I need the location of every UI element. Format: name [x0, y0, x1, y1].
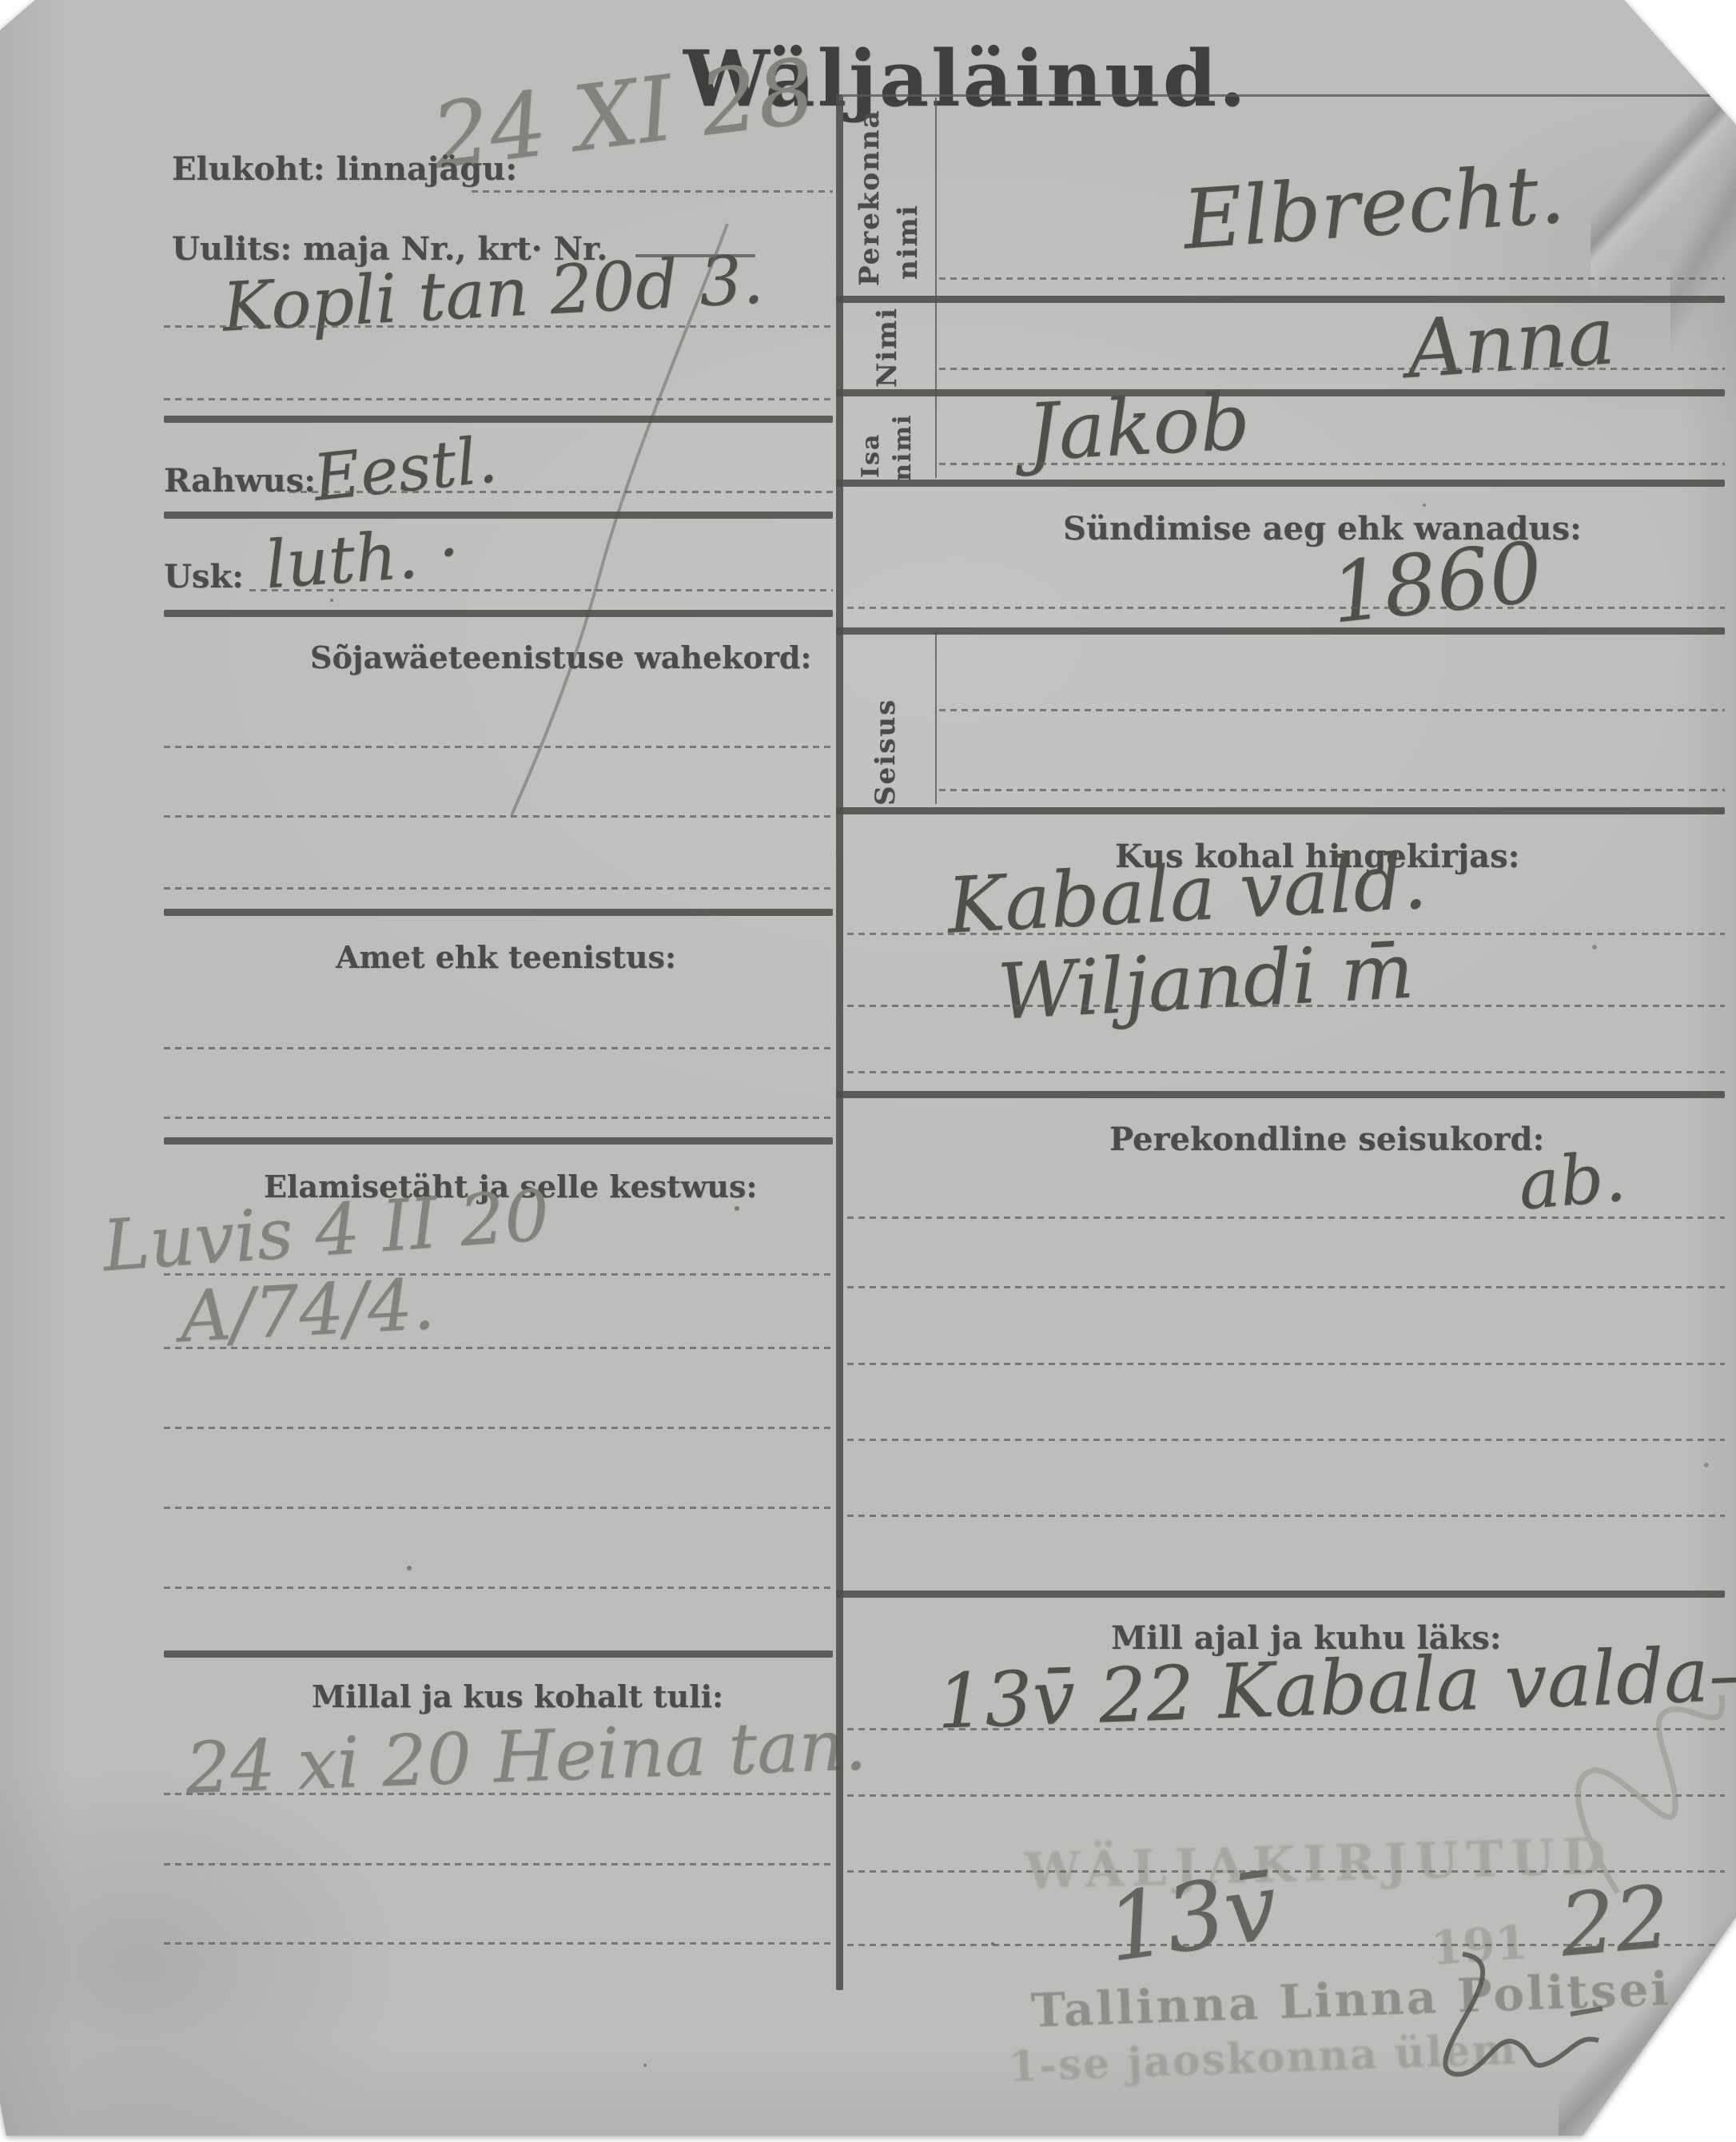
- dotted-line: [164, 1942, 833, 1945]
- dotted-line: [164, 1117, 833, 1119]
- label-column-separator: [935, 631, 937, 804]
- section-label-amet: Amet ehk teenistus:: [336, 939, 676, 975]
- vertical-label-seisus: Seisus: [870, 646, 902, 806]
- section-rule: [164, 416, 833, 423]
- vertical-label-isa-nimi: Isa: [857, 398, 885, 478]
- paper-sheet: Wäljaläinud. 24 XI 28 Elukoht: linnajägu…: [0, 0, 1736, 2136]
- vertical-label-isa-nimi-2: nimi: [889, 393, 917, 481]
- dotted-line: [847, 1870, 1725, 1873]
- dotted-line: [939, 789, 1725, 791]
- section-label-sojawaeteenistus: Sõjawäeteenistuse wahekord:: [310, 639, 811, 675]
- section-rule: [164, 512, 833, 519]
- scanned-document: Wäljaläinud. 24 XI 28 Elukoht: linnajägu…: [0, 0, 1736, 2136]
- dotted-line: [164, 1427, 833, 1429]
- dotted-line: [847, 1216, 1725, 1219]
- handwriting-nimi-value: Anna: [1404, 289, 1618, 396]
- vertical-label-perekonna-nimi: Perekonna: [854, 110, 886, 286]
- right-column-top-rule: [843, 94, 1725, 97]
- section-rule: [164, 1650, 833, 1658]
- fold-crease-right-edge: [1670, 96, 1736, 352]
- section-rule: [836, 1591, 1725, 1598]
- section-label-perekondline: Perekondline seisukord:: [1109, 1121, 1544, 1158]
- dotted-line: [164, 1587, 833, 1589]
- vertical-label-line: nimi: [889, 414, 917, 481]
- section-rule: [836, 627, 1725, 635]
- dotted-line: [289, 491, 833, 493]
- section-rule: [164, 610, 833, 617]
- dotted-line: [939, 463, 1725, 465]
- dotted-line: [164, 1347, 833, 1349]
- vertical-label-nimi: Nimi: [871, 308, 903, 388]
- section-rule: [836, 480, 1725, 487]
- vertical-label-line: Seisus: [870, 699, 902, 806]
- dotted-line: [472, 190, 833, 193]
- section-label-millal: Millal ja kus kohalt tuli:: [312, 1678, 723, 1714]
- section-rule: [164, 909, 833, 916]
- dotted-line: [847, 1071, 1725, 1073]
- section-rule: [836, 807, 1725, 814]
- dotted-line: [939, 709, 1725, 711]
- section-rule: [836, 1091, 1725, 1098]
- section-rule: [164, 1137, 833, 1145]
- vertical-label-line: nimi: [892, 204, 924, 280]
- vertical-label-line: Isa: [857, 433, 885, 478]
- handwriting-elamisetaht-2: A/74/4.: [178, 1263, 437, 1359]
- label-column-separator: [935, 98, 937, 478]
- dotted-line: [847, 607, 1725, 609]
- handwriting-rahwus-value: Eestl.: [310, 422, 500, 516]
- field-label-rahwus: Rahwus:: [164, 462, 316, 500]
- dotted-line: [164, 815, 833, 818]
- dotted-line: [249, 589, 833, 591]
- vertical-label-line: Perekonna: [854, 109, 886, 286]
- handwriting-perekonna-value: Elbrecht.: [1180, 146, 1567, 268]
- vertical-label-line: Nimi: [871, 307, 903, 388]
- vertical-label-perekonna-nimi-2: nimi: [892, 136, 924, 280]
- dotted-line: [847, 1363, 1725, 1365]
- section-rule: [836, 389, 1725, 396]
- dotted-line: [847, 1515, 1725, 1517]
- dotted-line: [847, 1439, 1725, 1441]
- column-divider: [836, 94, 843, 1990]
- dotted-line: [847, 1005, 1725, 1007]
- dotted-line: [164, 746, 833, 748]
- field-label-usk: Usk:: [164, 558, 244, 595]
- handwriting-sundimise-value: 1860: [1326, 524, 1547, 643]
- handwriting-perekondline-value: ab.: [1515, 1137, 1629, 1225]
- field-label-elukoht: Elukoht: linnajägu:: [172, 150, 517, 188]
- ink-signature-stroke: [1407, 1938, 1615, 2090]
- paper-shadow: Wäljaläinud. 24 XI 28 Elukoht: linnajägu…: [0, 0, 1736, 2136]
- handwriting-stamp-day: 13v̄: [1101, 1853, 1284, 1983]
- dotted-line: [164, 1863, 833, 1865]
- dotted-line: [939, 368, 1725, 370]
- dotted-line: [164, 887, 833, 890]
- dotted-line: [847, 1286, 1725, 1288]
- pen-flourish-stroke: [488, 216, 743, 823]
- dotted-line: [164, 1793, 833, 1795]
- dotted-line: [939, 277, 1725, 280]
- dotted-line: [164, 1507, 833, 1509]
- dotted-line: [164, 1047, 833, 1049]
